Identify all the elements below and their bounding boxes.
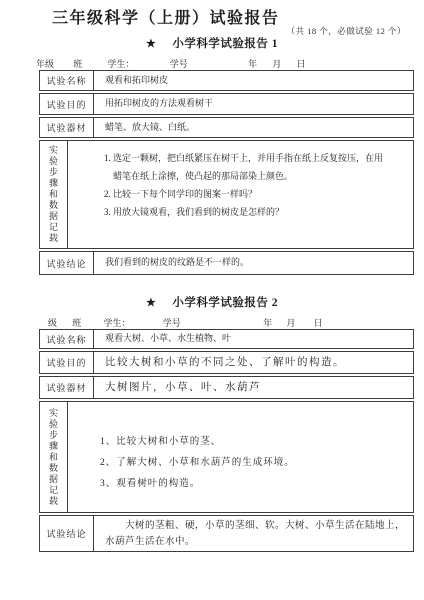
step-line: 3、观看树叶的构造。 bbox=[100, 474, 405, 495]
table-row-experiment-conclusion: 试验结论 我们看到的树皮的纹路是不一样的。 bbox=[39, 251, 414, 275]
report1-section-title: 小学科学试验报告 1 bbox=[172, 38, 278, 50]
conclusion-line: 水葫芦生活在水中。 bbox=[105, 534, 405, 550]
report2-info-line: 级 班 学生： 学号 年 月 日 bbox=[48, 316, 323, 329]
conclusion-line: 大树的茎粗、硬，小草的茎细、软。大树、小草生活在陆地上， bbox=[105, 518, 405, 534]
report1-info-line: 年级 班 学生： 学号 年 月 日 bbox=[36, 57, 306, 70]
table-row-experiment-name: 试验名称 观看大树、小草、水生植物、叶 bbox=[39, 329, 414, 349]
experiment-name-label: 试验名称 bbox=[40, 330, 94, 348]
report2-section-title: 小学科学试验报告 2 bbox=[172, 297, 278, 309]
table-row-experiment-purpose: 试验目的 比较大树和小草的不同之处、了解叶的构造。 bbox=[39, 351, 414, 374]
step-line: 2、了解大树、小草和水葫芦的生成环境。 bbox=[100, 453, 405, 474]
experiment-purpose-value: 用拓印树皮的方法观看树干 bbox=[94, 94, 413, 114]
experiment-equipment-value: 大树图片，小草、叶、水葫芦 bbox=[94, 377, 413, 398]
star-icon: ★ bbox=[146, 297, 156, 309]
student-number-label: 学号 bbox=[163, 316, 181, 329]
experiment-equipment-label: 试验器材 bbox=[40, 377, 94, 398]
experiment-conclusion-label: 试验结论 bbox=[40, 252, 94, 274]
year-label: 年 bbox=[248, 57, 257, 70]
table-row-experiment-conclusion: 试验结论 大树的茎粗、硬，小草的茎细、软。大树、小草生活在陆地上， 水葫芦生活在… bbox=[39, 515, 414, 552]
table-row-experiment-steps: 实验步骤和数据记载 1. 选定一颗树，把白纸紧压在树干上，并用手指在纸上反复按压… bbox=[39, 140, 414, 249]
student-label: 学生： bbox=[108, 57, 135, 70]
table-row-experiment-name: 试验名称 观看和拓印树皮 bbox=[39, 70, 414, 91]
month-label: 月 bbox=[272, 57, 281, 70]
experiment-steps-content: 1. 选定一颗树，把白纸紧压在树干上，并用手指在纸上反复按压，在用 蜡笔在纸上涂… bbox=[68, 141, 413, 248]
student-number-label: 学号 bbox=[170, 57, 188, 70]
experiment-conclusion-label: 试验结论 bbox=[40, 516, 94, 551]
experiment-steps-content: 1、比较大树和小草的茎、 2、了解大树、小草和水葫芦的生成环境。 3、观看树叶的… bbox=[68, 402, 413, 512]
experiment-name-value: 观看大树、小草、水生植物、叶 bbox=[94, 330, 413, 348]
experiment-conclusion-content: 大树的茎粗、硬，小草的茎细、软。大树、小草生活在陆地上， 水葫芦生活在水中。 bbox=[94, 516, 413, 551]
document-title: 三年级科学（上册）试验报告 bbox=[52, 5, 280, 28]
scanned-document-page: 三年级科学（上册）试验报告 （共 18 个，必做试验 12 个） ★小学科学试验… bbox=[0, 0, 424, 600]
experiment-name-label: 试验名称 bbox=[40, 71, 94, 90]
grade-label: 年级 bbox=[36, 57, 54, 70]
day-label: 日 bbox=[314, 316, 323, 329]
star-icon: ★ bbox=[146, 38, 156, 50]
step-line: 3. 用放大镜观看，我们看到的树皮是怎样的？ bbox=[104, 203, 405, 221]
report1-section-header: ★小学科学试验报告 1 bbox=[0, 35, 424, 51]
report2-section-header: ★小学科学试验报告 2 bbox=[0, 294, 424, 310]
experiment-equipment-label: 试验器材 bbox=[40, 118, 94, 137]
report2-table: 试验名称 观看大树、小草、水生植物、叶 试验目的 比较大树和小草的不同之处、了解… bbox=[39, 329, 414, 552]
experiment-equipment-value: 蜡笔、放大镜、白纸。 bbox=[94, 118, 413, 137]
step-line: 2. 比较一下每个同学印的图案一样吗？ bbox=[104, 185, 405, 203]
report1-table: 试验名称 观看和拓印树皮 试验目的 用拓印树皮的方法观看树干 试验器材 蜡笔、放… bbox=[39, 70, 414, 275]
experiment-conclusion-value: 我们看到的树皮的纹路是不一样的。 bbox=[94, 252, 413, 274]
table-row-experiment-equipment: 试验器材 大树图片，小草、叶、水葫芦 bbox=[39, 376, 414, 399]
year-label: 年 bbox=[263, 316, 272, 329]
student-label: 学生： bbox=[104, 316, 131, 329]
step-line: 蜡笔在纸上涂擦，使凸起的那局部染上颜色。 bbox=[104, 167, 405, 185]
class-label: 班 bbox=[72, 316, 81, 329]
class-label: 班 bbox=[73, 57, 82, 70]
table-row-experiment-equipment: 试验器材 蜡笔、放大镜、白纸。 bbox=[39, 117, 414, 138]
month-label: 月 bbox=[286, 316, 295, 329]
table-row-experiment-steps: 实验步骤和数据记载 1、比较大树和小草的茎、 2、了解大树、小草和水葫芦的生成环… bbox=[39, 401, 414, 513]
step-line: 1、比较大树和小草的茎、 bbox=[100, 432, 405, 453]
experiment-name-value: 观看和拓印树皮 bbox=[94, 71, 413, 90]
experiment-purpose-value: 比较大树和小草的不同之处、了解叶的构造。 bbox=[94, 352, 413, 373]
experiment-purpose-label: 试验目的 bbox=[40, 94, 94, 114]
experiment-steps-label: 实验步骤和数据记载 bbox=[40, 141, 68, 248]
experiment-steps-label: 实验步骤和数据记载 bbox=[40, 402, 68, 512]
experiment-purpose-label: 试验目的 bbox=[40, 352, 94, 373]
table-row-experiment-purpose: 试验目的 用拓印树皮的方法观看树干 bbox=[39, 93, 414, 115]
step-line: 1. 选定一颗树，把白纸紧压在树干上，并用手指在纸上反复按压，在用 bbox=[104, 149, 405, 167]
day-label: 日 bbox=[297, 57, 306, 70]
grade-label: 级 bbox=[48, 316, 57, 329]
